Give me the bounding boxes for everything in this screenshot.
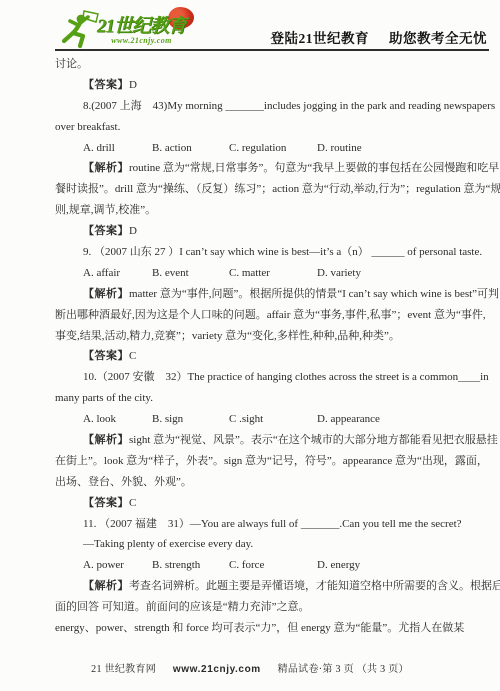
option-item: A. power xyxy=(83,555,152,576)
text-line: 出场、登台、外貌、外观”。 xyxy=(55,472,483,493)
options-row: A. affairB. eventC. matterD. variety xyxy=(55,263,483,284)
option-item: C. matter xyxy=(229,263,317,284)
answer-line: 【答案】D xyxy=(55,75,483,96)
option-item: C .sight xyxy=(229,409,317,430)
bracket-label: 【答案】 xyxy=(83,225,129,237)
footer-page-info: 精品试卷·第 3 页 （共 3 页） xyxy=(278,664,409,675)
brand-logo: 21世纪教育 www.21cnjy.com xyxy=(57,8,186,52)
answer-line: 【答案】C xyxy=(55,493,483,514)
bracket-label: 【答案】 xyxy=(83,350,129,362)
option-item: A. affair xyxy=(83,263,152,284)
bracket-label: 【答案】 xyxy=(83,497,129,509)
runner-icon xyxy=(57,8,101,52)
analysis-line: 【解析】routine 意为“常规,日常事务”。句意为“我早上要做的事包括在公园… xyxy=(55,158,483,179)
document-body: 讨论。【答案】D8.(2007 上海 43)My morning _______… xyxy=(55,54,483,639)
logo-site-url: www.21cnjy.com xyxy=(97,36,186,45)
analysis-line: 【解析】sight 意为“视觉、风景”。表示“在这个城市的大部分地方都能看见把衣… xyxy=(55,430,483,451)
line-text: routine 意为“常规,日常事务”。句意为“我早上要做的事包括在公园慢跑和吃… xyxy=(129,162,499,174)
header-slogan: 登陆21世纪教育助您教考全无忧 xyxy=(271,27,488,47)
text-line: 8.(2007 上海 43)My morning _______includes… xyxy=(55,96,483,117)
bracket-label: 【答案】 xyxy=(83,79,129,91)
text-line: 讨论。 xyxy=(55,54,483,75)
option-item: D. appearance xyxy=(317,409,380,430)
page-header: 21世纪教育 www.21cnjy.com 登陆21世纪教育助您教考全无忧 xyxy=(55,6,487,50)
line-text: sight 意为“视觉、风景”。表示“在这个城市的大部分地方都能看见把衣服悬挂 xyxy=(129,434,498,446)
bracket-label: 【解析】 xyxy=(83,434,129,446)
text-line: over breakfast. xyxy=(55,117,483,138)
brand-text: 21世纪教育 xyxy=(97,17,186,36)
bracket-label: 【解析】 xyxy=(83,580,129,592)
analysis-line: 【解析】matter 意为“事件,问题”。根据所提供的情景“I can’t sa… xyxy=(55,284,483,305)
text-line: 面的回答 可知道。前面问的应该是“精力充沛”之意。 xyxy=(55,597,483,618)
option-item: B. action xyxy=(152,138,229,159)
scanned-exam-page: 21世纪教育 www.21cnjy.com 登陆21世纪教育助您教考全无忧 讨论… xyxy=(0,0,500,691)
option-item: B. event xyxy=(152,263,229,284)
option-item: B. sign xyxy=(152,409,229,430)
text-line: many parts of the city. xyxy=(55,388,483,409)
line-text: 考查名词辨析。此题主要是弄懂语境，才能知道空格中所需要的含义。根据后 xyxy=(129,580,500,592)
text-line: 11. （2007 福建 31）—You are always full of … xyxy=(55,514,483,535)
text-line: 9. （2007 山东 27 ）I can’t say which wine i… xyxy=(55,242,483,263)
text-line: 在街上”。look 意为“样子，外表”。sign 意为“记号，符号”。appea… xyxy=(55,451,483,472)
text-line: 餐时读报”。drill 意为“操练、（反复）练习”；action 意为“行动,举… xyxy=(55,179,483,200)
slogan-left: 登陆21世纪教育 xyxy=(271,31,370,46)
option-item: C. force xyxy=(229,555,317,576)
logo-text-block: 21世纪教育 www.21cnjy.com xyxy=(97,8,186,45)
text-line: —Taking plenty of exercise every day. xyxy=(55,534,483,555)
footer-site-name: 21 世纪教育网 xyxy=(91,664,156,675)
text-line: 则,规章,调节,校准”。 xyxy=(55,200,483,221)
line-text: C xyxy=(129,350,136,362)
analysis-line: 【解析】考查名词辨析。此题主要是弄懂语境，才能知道空格中所需要的含义。根据后 xyxy=(55,576,483,597)
text-line: 事变,结果,活动,精力,竞赛”；variety 意为“变化,多样性,种种,品种,… xyxy=(55,326,483,347)
option-item: C. regulation xyxy=(229,138,317,159)
text-line: energy、power、strength 和 force 均可表示“力”，但 … xyxy=(55,618,483,639)
bracket-label: 【解析】 xyxy=(83,288,129,300)
slogan-right: 助您教考全无忧 xyxy=(389,31,487,46)
header-divider xyxy=(55,49,489,51)
line-text: D xyxy=(129,225,137,237)
line-text: matter 意为“事件,问题”。根据所提供的情景“I can’t say wh… xyxy=(129,288,499,300)
options-row: A. powerB. strengthC. forceD. energy xyxy=(55,555,483,576)
line-text: C xyxy=(129,497,136,509)
option-item: D. energy xyxy=(317,555,360,576)
page-footer: 21 世纪教育网 www.21cnjy.com 精品试卷·第 3 页 （共 3 … xyxy=(0,660,500,675)
options-row: A. lookB. signC .sightD. appearance xyxy=(55,409,483,430)
footer-site-url: www.21cnjy.com xyxy=(173,664,261,675)
answer-line: 【答案】D xyxy=(55,221,483,242)
option-item: D. variety xyxy=(317,263,361,284)
option-item: B. strength xyxy=(152,555,229,576)
text-line: 断出哪种酒最好,因为这是个人口味的问题。affair 意为“事务,事件,私事”；… xyxy=(55,305,483,326)
options-row: A. drillB. actionC. regulationD. routine xyxy=(55,138,483,159)
bracket-label: 【解析】 xyxy=(83,162,129,174)
option-item: A. drill xyxy=(83,138,152,159)
option-item: A. look xyxy=(83,409,152,430)
option-item: D. routine xyxy=(317,138,362,159)
line-text: D xyxy=(129,79,137,91)
answer-line: 【答案】C xyxy=(55,346,483,367)
text-line: 10.（2007 安徽 32）The practice of hanging c… xyxy=(55,367,483,388)
